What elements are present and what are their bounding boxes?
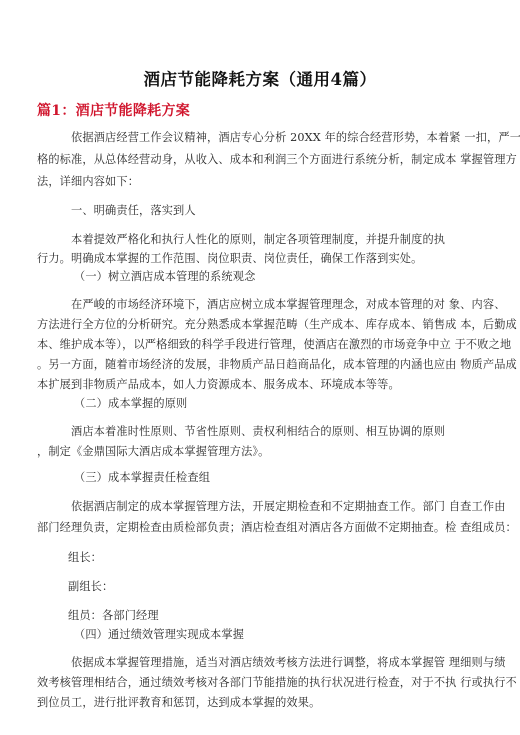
sub-four-line-3: 到位员工，进行批评教育和惩罚，达到成本掌握的效果。 bbox=[37, 696, 320, 710]
sub-one-line-5: 本扩展到非物质产品成本，如人力资源成本、服务成本、环境成本等等。 bbox=[37, 378, 400, 392]
sub-one-line-2: 方法进行全方位的分析研究。充分熟悉成本掌握范畴（生产成本、库存成本、销售成 本，… bbox=[37, 318, 517, 332]
sub-two-line-1: 酒店本着准时性原则、节省性原则、责权利相结合的原则、相互协调的原则 bbox=[71, 425, 445, 439]
part-one-line-2: 行力。明确成本掌握的工作范围、岗位职责、岗位责任，确保工作落到实处。 bbox=[37, 252, 422, 266]
sub-four-line-2: 效考核管理相结合，通过绩效考核对各部门节能措施的执行状况进行检查，对于不执 行或… bbox=[37, 676, 517, 690]
sub-one-line-4: 。另一方面，随着市场经济的发展，非物质产品日趋商品化，成本管理的内涵也应由 物质… bbox=[37, 358, 517, 372]
sub-three-heading: （三）成本掌握责任检查组 bbox=[74, 471, 210, 485]
group-leader: 组长： bbox=[68, 551, 102, 565]
group-members: 组员：各部门经理 bbox=[68, 609, 159, 623]
section-heading: 篇1：酒店节能降耗方案 bbox=[37, 100, 190, 120]
intro-line-1: 依据酒店经营工作会议精神，酒店专心分析 20XX 年的综合经营形势，本着紧 一扣… bbox=[71, 131, 520, 145]
document-page: 酒店节能降耗方案（通用4篇） 篇1：酒店节能降耗方案 依据酒店经营工作会议精神，… bbox=[0, 0, 520, 735]
intro-line-2: 格的标准，从总体经营动身，从收入、成本和利润三个方面进行系统分析，制定成本 掌握… bbox=[37, 153, 517, 167]
part-one-line-1: 本着提效严格化和执行人性化的原则，制定各项管理制度，并提升制度的执 bbox=[71, 233, 445, 247]
sub-two-line-2: ，制定《金鼎国际大酒店成本掌握管理方法》。 bbox=[37, 445, 270, 459]
sub-one-line-3: 本、维护成本等），以严格细致的科学手段进行管理，使酒店在激烈的市场竞争中立 于不… bbox=[37, 338, 511, 352]
deputy-group-leader: 副组长： bbox=[68, 580, 113, 594]
sub-three-line-2: 部门经理负责，定期检查由质检部负责；酒店检查组对酒店各方面做不定期抽查。检 查组… bbox=[37, 521, 517, 535]
intro-line-3: 法，详细内容如下： bbox=[37, 175, 139, 189]
document-title: 酒店节能降耗方案（通用4篇） bbox=[0, 66, 520, 90]
sub-three-line-1: 依据酒店制定的成本掌握管理方法，开展定期检查和不定期抽查工作。部门 自查工作由 bbox=[71, 500, 506, 514]
sub-four-heading: （四）通过绩效管理实现成本掌握 bbox=[74, 628, 244, 642]
sub-four-line-1: 依据成本掌握管理措施，适当对酒店绩效考核方法进行调整，将成本掌握管 理细则与绩 bbox=[71, 656, 506, 670]
part-one-heading: 一、明确责任，落实到人 bbox=[71, 204, 196, 218]
sub-one-line-1: 在严峻的市场经济环境下，酒店应树立成本掌握管理理念，对成本管理的对 象、内容、 bbox=[71, 298, 506, 312]
sub-one-heading: （一）树立酒店成本管理的系统观念 bbox=[74, 270, 255, 284]
sub-two-heading: （二）成本掌握的原则 bbox=[74, 397, 187, 411]
